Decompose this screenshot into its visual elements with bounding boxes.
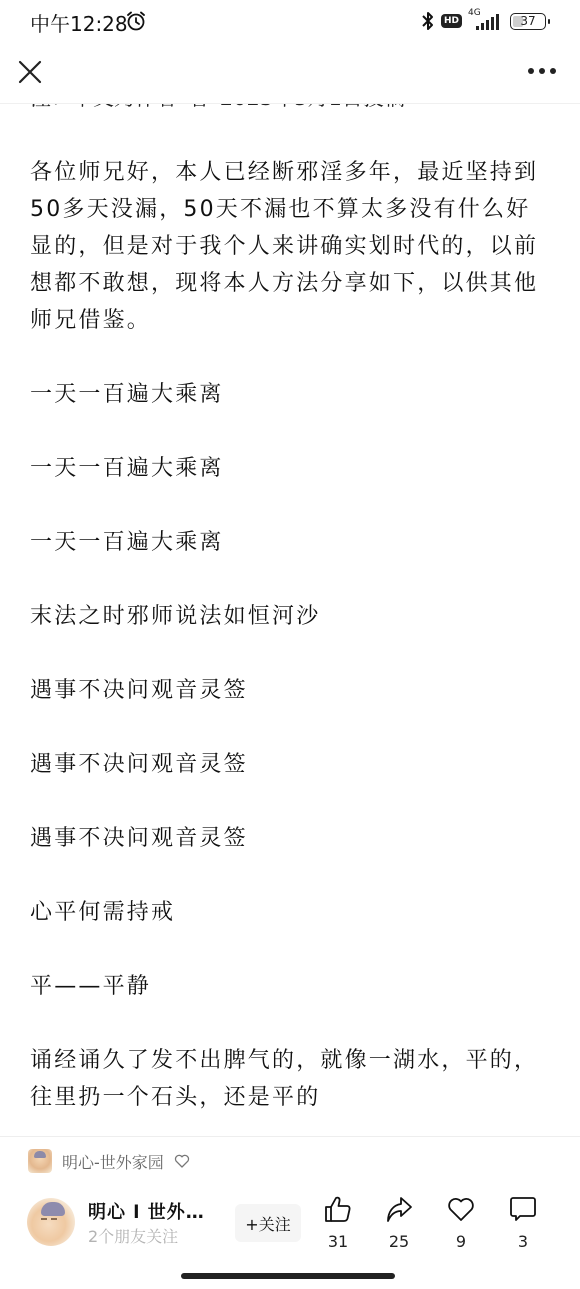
heart-icon — [446, 1194, 476, 1224]
article-paragraph: 各位师兄好，本人已经断邪淫多年，最近坚持到50多天没漏，50天不漏也不算太多没有… — [30, 154, 550, 339]
article-paragraph: 末法之时邪师说法如恒河沙 — [30, 598, 550, 635]
alarm-clock-icon — [125, 10, 147, 32]
status-bar: 中午12:28 HD 4G 37 — [0, 0, 580, 42]
article-paragraph: 一天一百遍大乘离 — [30, 524, 550, 561]
divider — [0, 1136, 580, 1137]
top-nav-bar — [0, 42, 580, 104]
article-paragraph: 遇事不决问观音灵签 — [30, 672, 550, 709]
status-time: 中午12:28 — [30, 8, 128, 37]
bluetooth-icon — [421, 10, 435, 32]
article-paragraph: 平——平静 — [30, 968, 550, 1005]
favorite-count: 9 — [436, 1232, 486, 1251]
author-name[interactable]: 明心 l 世外… — [88, 1198, 205, 1224]
follow-button[interactable]: +关注 — [235, 1204, 301, 1242]
like-count: 31 — [313, 1232, 363, 1251]
status-icons: HD 4G 37 — [421, 9, 546, 33]
article-paragraph: 诵经诵久了发不出脾气的，就像一湖水，平的，往里扔一个石头，还是平的 — [30, 1042, 550, 1116]
comment-bubble-icon — [508, 1194, 538, 1224]
close-icon[interactable] — [16, 58, 44, 86]
author-action-bar: 明心 l 世外… 2个朋友关注 +关注 31 25 9 3 — [0, 1190, 580, 1260]
article-body: 注：本文为作者“署”2023年5月1日投稿 各位师兄好，本人已经断邪淫多年，最近… — [0, 80, 580, 1136]
article-paragraph: 一天一百遍大乘离 — [30, 450, 550, 487]
battery-icon: 37 — [510, 13, 546, 30]
home-indicator[interactable] — [181, 1273, 395, 1279]
article-paragraph: 遇事不决问观音灵签 — [30, 820, 550, 857]
battery-level: 37 — [520, 14, 535, 28]
author-friends-following: 2个朋友关注 — [88, 1224, 178, 1247]
more-options-icon[interactable] — [528, 68, 556, 74]
source-avatar — [28, 1149, 52, 1173]
share-button[interactable]: 25 — [374, 1194, 424, 1251]
source-name: 明心-世外家园 — [62, 1150, 164, 1173]
comment-button[interactable]: 3 — [498, 1194, 548, 1251]
comment-count: 3 — [498, 1232, 548, 1251]
heart-outline-icon — [174, 1153, 190, 1169]
favorite-button[interactable]: 9 — [436, 1194, 486, 1251]
article-paragraph: 一天一百遍大乘离 — [30, 376, 550, 413]
like-button[interactable]: 31 — [313, 1194, 363, 1251]
source-group-link[interactable]: 明心-世外家园 — [28, 1148, 190, 1174]
article-paragraph: 遇事不决问观音灵签 — [30, 746, 550, 783]
hd-icon: HD — [441, 14, 462, 28]
author-avatar[interactable] — [27, 1198, 75, 1246]
share-arrow-icon — [384, 1194, 414, 1224]
share-count: 25 — [374, 1232, 424, 1251]
thumbs-up-icon — [323, 1194, 353, 1224]
cellular-signal-icon: 4G — [468, 10, 504, 32]
article-paragraph: 心平何需持戒 — [30, 894, 550, 931]
